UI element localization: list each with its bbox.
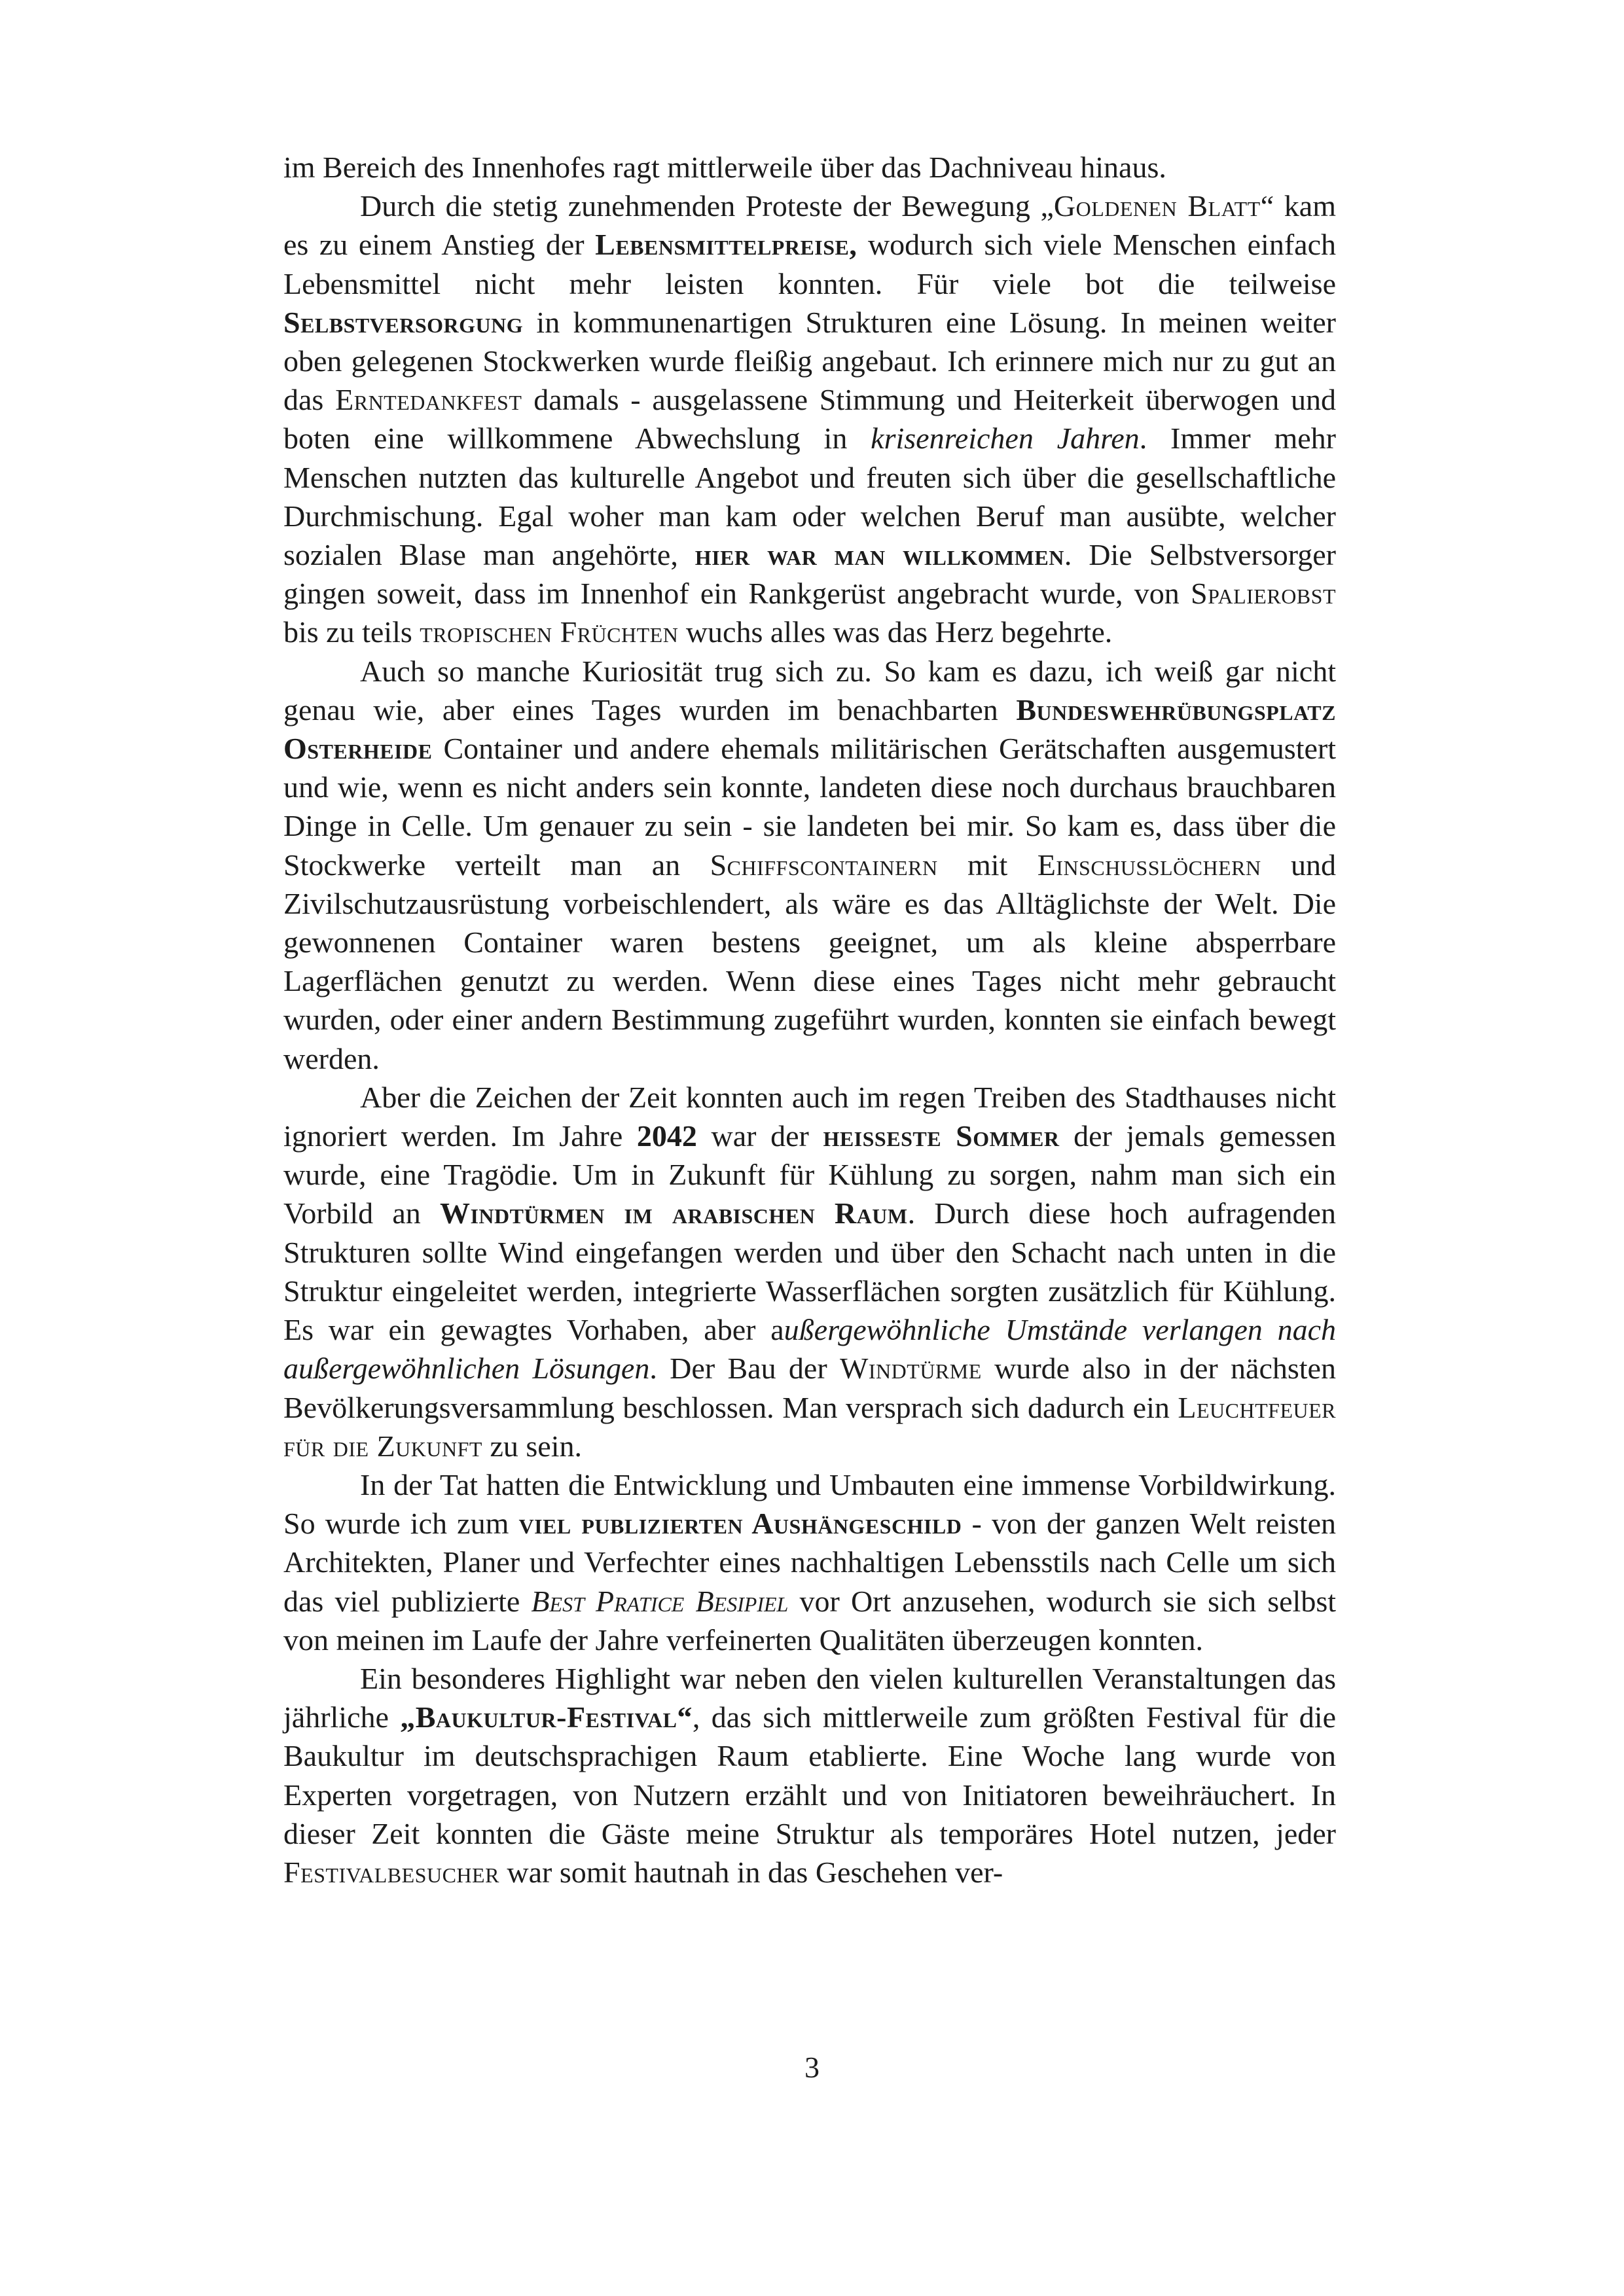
paragraph: Durch die stetig zunehmenden Proteste de… [283,187,1336,651]
emphasis-run: viel publizierten Aushängeschild [518,1507,962,1540]
emphasis-run: Einschusslöchern [1038,848,1261,882]
text-run: mit [938,848,1038,882]
emphasis-run: Windtürmen im arabischen Raum [440,1196,908,1230]
paragraph: im Bereich des Innenhofes ragt mittlerwe… [283,148,1336,187]
emphasis-run: „Baukultur-Festival“ [400,1700,693,1734]
text-run: . Der Bau der [649,1352,840,1385]
text-run: war somit hautnah in das Geschehen ver- [499,1856,1003,1889]
emphasis-run: Schiffscontainern [710,848,938,882]
emphasis-run: Erntedankfest [335,383,522,416]
emphasis-run: tropischen Früchten [420,615,678,649]
emphasis-run: 2042 [637,1119,697,1153]
emphasis-run: hier war man willkommen [695,538,1064,571]
text-run: Durch die stetig zunehmenden Proteste de… [360,189,1054,223]
emphasis-run: Wind­türme [840,1352,982,1385]
emphasis-run: Goldenen Blatt [1054,189,1261,223]
paragraph: Ein besonderes Highlight war neben den v… [283,1659,1336,1892]
text-run: und Zivilschutzausrüstung vorbeischlende… [283,848,1336,1075]
body-text: im Bereich des Innenhofes ragt mittlerwe… [283,148,1336,1892]
emphasis-run: Selbstversorgung [283,306,523,339]
document-page: im Bereich des Innenhofes ragt mittlerwe… [0,0,1624,2296]
emphasis-run: Festivalbesucher [283,1856,499,1889]
emphasis-run: Best Pratice Besipiel [531,1585,788,1618]
paragraph: Auch so manche Kuriosität trug sich zu. … [283,652,1336,1078]
text-run: im Bereich des Innenhofes ragt mittlerwe… [283,151,1166,184]
text-run: war der [697,1119,823,1153]
paragraph: In der Tat hatten die Entwicklung und Um… [283,1465,1336,1659]
text-run: zu sein. [482,1429,582,1463]
page-number: 3 [0,2050,1624,2085]
emphasis-run: Spalierobst [1191,577,1336,610]
text-run: bis zu teils [283,615,420,649]
emphasis-run: Lebensmittelpreise, [595,228,857,261]
text-run: wuchs alles was das Herz begehrte. [678,615,1112,649]
emphasis-run: heisseste Sommer [823,1119,1059,1153]
emphasis-run: krisenreichen Jahren [871,422,1140,455]
paragraph: Aber die Zeichen der Zeit konnten auch i… [283,1078,1336,1465]
